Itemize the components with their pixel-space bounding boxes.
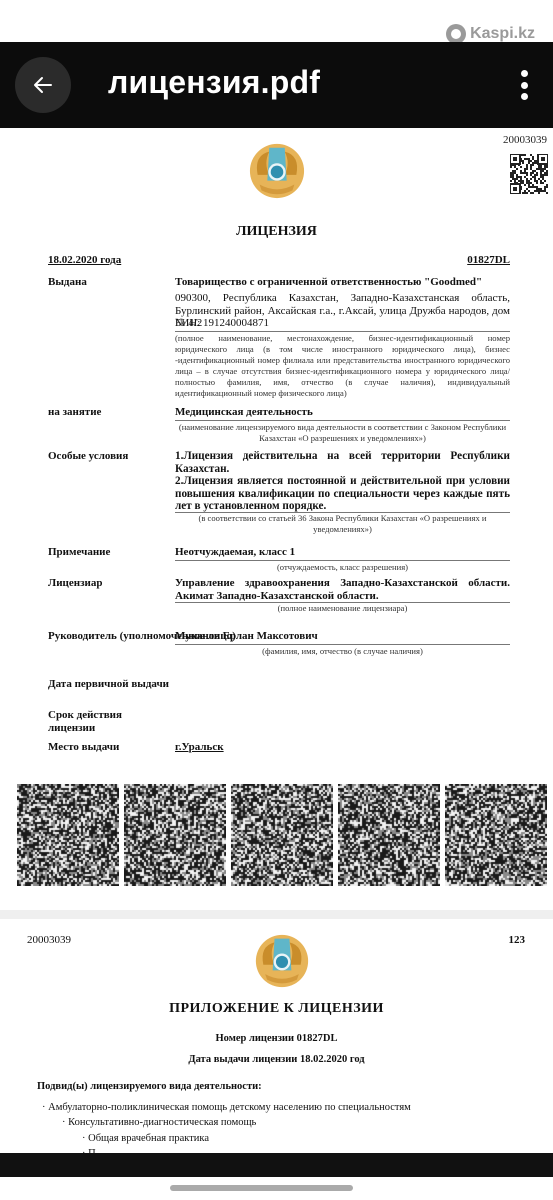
back-button[interactable] <box>15 57 71 113</box>
subtype-text: Общая врачебная практика <box>88 1133 209 1144</box>
field-label-remark: Примечание <box>48 546 110 559</box>
divider <box>175 331 510 332</box>
document-title: ЛИЦЕНЗИЯ <box>0 224 553 240</box>
dot <box>521 93 528 100</box>
coat-of-arms-icon <box>248 142 306 200</box>
issued-to-name: Товарищество с ограниченной ответственно… <box>175 276 510 289</box>
divider <box>175 560 510 561</box>
special-condition-2: 2.Лицензия является постоянной и действи… <box>175 475 510 513</box>
licensor-note: (полное наименование лицензиара) <box>175 603 510 614</box>
dot <box>521 82 528 89</box>
licensor-value: Управление здравоохранения Западно-Казах… <box>175 577 510 602</box>
activity-value: Медицинская деятельность <box>175 406 510 419</box>
subtype-item: · Консультативно-диагностическая помощь <box>62 1117 256 1128</box>
kaspi-logo-icon <box>446 24 466 44</box>
file-title: лицензия.pdf <box>108 64 320 101</box>
special-condition-1: 1.Лицензия действительна на всей террито… <box>175 450 510 475</box>
security-codes <box>17 784 547 886</box>
watermark-text: Kaspi.kz <box>470 25 535 43</box>
security-code-image <box>231 784 333 886</box>
more-options-button[interactable] <box>517 70 531 100</box>
page-separator <box>0 910 553 919</box>
page-number: 123 <box>509 934 526 946</box>
divider <box>175 420 510 421</box>
field-label-issued-to: Выдана <box>48 276 87 289</box>
home-indicator[interactable] <box>170 1185 353 1191</box>
arrow-left-icon <box>31 73 55 97</box>
status-area: Kaspi.kz <box>0 0 553 42</box>
security-code-image <box>445 784 547 886</box>
security-code-image <box>124 784 226 886</box>
divider <box>175 644 510 645</box>
remark-value: Неотчуждаемая, класс 1 <box>175 546 510 559</box>
subtype-item: · Амбулаторно-поликлиническая помощь дет… <box>42 1102 411 1113</box>
field-label-validity: Срок действия лицензии <box>48 709 138 735</box>
activity-note: (наименование лицензируемого вида деятел… <box>175 422 510 444</box>
remark-note: (отчуждаемость, класс разрешения) <box>175 562 510 573</box>
kaspi-watermark: Kaspi.kz <box>446 24 535 44</box>
pdf-page-1[interactable]: 20003039 ЛИЦЕНЗИЯ 18.02.2020 года 01827D… <box>0 128 553 911</box>
document-id: 20003039 <box>503 134 547 146</box>
bottom-bar <box>0 1153 553 1177</box>
field-label-first-issue-date: Дата первичной выдачи <box>48 678 169 691</box>
issued-to-note: (полное наименование, местонахождение, б… <box>175 333 510 399</box>
license-date: 18.02.2020 года <box>48 254 121 266</box>
field-label-activity: на занятие <box>48 406 101 419</box>
special-conditions-note: (в соответствии со статьей 36 Закона Рес… <box>175 513 510 535</box>
field-label-place: Место выдачи <box>48 741 119 754</box>
head-note: (фамилия, имя, отчество (в случае наличи… <box>175 646 510 657</box>
more-vertical-icon <box>521 70 528 77</box>
subtype-text: Амбулаторно-поликлиническая помощь детск… <box>48 1102 411 1113</box>
subtype-item: · Общая врачебная практика <box>82 1133 209 1144</box>
appendix-license-number: Номер лицензии 01827DL <box>0 1033 553 1044</box>
coat-of-arms-icon <box>254 931 310 991</box>
field-label-licensor: Лицензиар <box>48 577 102 590</box>
license-number: 01827DL <box>467 254 510 266</box>
appendix-title: ПРИЛОЖЕНИЕ К ЛИЦЕНЗИИ <box>0 1001 553 1017</box>
field-label-special-conditions: Особые условия <box>48 450 128 463</box>
qr-code-icon <box>510 154 548 194</box>
place-value: г.Уральск <box>175 741 224 753</box>
security-code-image <box>17 784 119 886</box>
subtype-text: Консультативно-диагностическая помощь <box>68 1117 256 1128</box>
subtypes-heading: Подвид(ы) лицензируемого вида деятельнос… <box>37 1081 262 1092</box>
document-id: 20003039 <box>27 934 71 946</box>
pdf-page-2[interactable]: 20003039 123 ПРИЛОЖЕНИЕ К ЛИЦЕНЗИИ Номер… <box>0 919 553 1154</box>
appendix-issue-date: Дата выдачи лицензии 18.02.2020 год <box>0 1054 553 1065</box>
head-value: Муканов Ерлан Максотович <box>175 630 510 643</box>
security-code-image <box>338 784 440 886</box>
app-bar: лицензия.pdf <box>0 42 553 128</box>
issued-to-bin: БИН: 191240004871 <box>175 317 510 330</box>
